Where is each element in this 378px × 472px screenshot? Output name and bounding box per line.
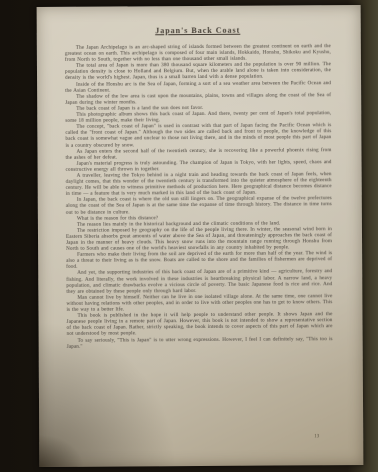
paragraph: A traveller, leaving the Tokyo behind in…: [66, 171, 332, 197]
paragraph: Farmers who make their living from the s…: [66, 250, 332, 270]
body-text: The Japan Archipelago is an arc-shaped s…: [65, 43, 333, 349]
paragraph: The restriction imposed by geography on …: [66, 226, 332, 252]
page-curl-shadow: [39, 421, 109, 467]
book-page: Japan's Back Coast The Japan Archipelago…: [37, 5, 364, 467]
page-number: 13: [314, 434, 319, 439]
page-title: Japan's Back Coast: [65, 25, 331, 36]
paragraph: This book is published in the hope it wi…: [66, 311, 332, 337]
paragraph: The Japan Archipelago is an arc-shaped s…: [65, 43, 331, 63]
paragraph: Man cannot live by himself. Neither can …: [66, 293, 332, 313]
paragraph: The total area of Japan is more than 380…: [65, 61, 331, 81]
paragraph: And yet, the supporting industries of th…: [66, 269, 332, 295]
photo-background: Japan's Back Coast The Japan Archipelago…: [0, 0, 378, 472]
page-content: Japan's Back Coast The Japan Archipelago…: [65, 25, 333, 349]
paragraph: To say seriously, "This is Japan" is to …: [67, 336, 333, 350]
paragraph: In Japan, the back coast is where the ol…: [66, 196, 332, 216]
paragraph: The concept, "back coast of Japan" is us…: [65, 122, 331, 148]
